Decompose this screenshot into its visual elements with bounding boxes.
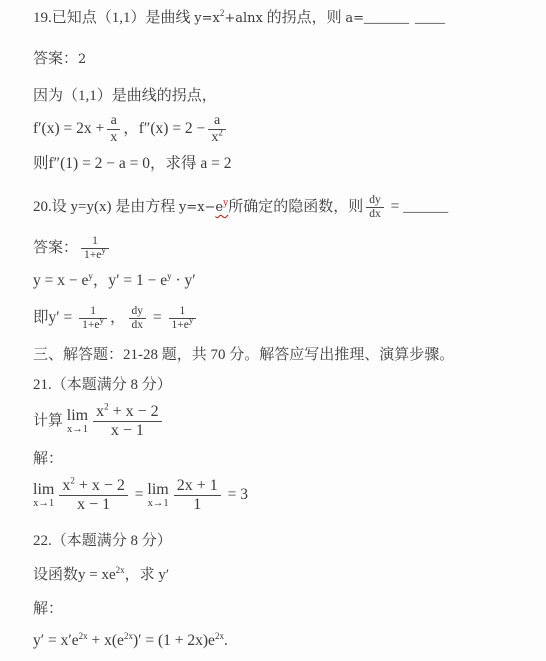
denominator-exponent: y (189, 315, 194, 325)
q20-statement-mid: 所确定的隐函数，则 (228, 199, 363, 215)
q22-problem-tail: ，求 y′ (125, 567, 170, 583)
q19-answer-blank-2: ____ (415, 10, 445, 26)
q20-equation2-line: 即y′ = 11+ey，dydx = 11+ey (33, 301, 532, 335)
fraction-linear: 2x + 11 (174, 477, 221, 515)
q20-answer-line: 答案：11+ey (33, 231, 532, 265)
section-header-text: 三、解答题：21-28 题，共 70 分。解答应写出推理、演算步骤。 (33, 347, 454, 363)
document-page: 19.已知点（1,1）是曲线 y=x2+alnx 的拐点，则 a=_______… (0, 0, 546, 651)
result-value: = 3 (224, 486, 248, 503)
spellcheck-underlined-term: ey (215, 200, 228, 215)
equation-text: 即y′ = (33, 309, 76, 326)
equals-sign: = (387, 198, 404, 215)
equation-text: + x(e (88, 632, 124, 649)
fraction-denominator: 1 (174, 496, 221, 514)
q19-fprime-text: f′(x) = 2x + (33, 120, 104, 137)
fraction-quadratic: x2 + x − 2x − 1 (59, 477, 128, 515)
denominator-exponent: y (99, 315, 104, 325)
period: . (224, 632, 228, 649)
fraction-one-over-one-plus-ey: 11+ey (79, 305, 107, 332)
comma-separator: ， (110, 309, 126, 326)
fraction-one-over-one-plus-ey: 11+ey (81, 235, 109, 262)
fraction-denominator: dx (366, 208, 384, 221)
q19-answer-value: 2 (78, 52, 86, 67)
q19-a-equals: a= (345, 11, 364, 26)
numerator-rest: + x − 2 (75, 477, 125, 494)
solve-label: 解： (33, 601, 63, 617)
limit-operator: limx→1 (33, 482, 54, 510)
q19-conclusion-text: 则f″(1) = 2 − a = 0，求得 a = 2 (33, 155, 232, 172)
q20-answer-blank: ______ (403, 199, 448, 215)
numerator-rest: + x − 2 (109, 403, 159, 420)
fraction-numerator: dy (129, 305, 147, 319)
fraction-a-over-x-squared: ax2 (208, 113, 226, 146)
q19-formula-rest: +alnx (224, 11, 263, 26)
denominator-base: 1+e (82, 319, 99, 331)
fraction-numerator: x2 + x − 2 (93, 403, 162, 422)
q19-conclusion-line: 则f″(1) = 2 − a = 0，求得 a = 2 (33, 154, 532, 174)
fraction-one-over-one-plus-ey: 11+ey (169, 305, 197, 332)
q19-derivative-line: f′(x) = 2x +ax，f″(x) = 2 −ax2 (33, 112, 532, 146)
q21-header-text: 21.（本题满分 8 分） (33, 377, 172, 393)
limit-text: lim (67, 408, 88, 424)
q19-statement-line: 19.已知点（1,1）是曲线 y=x2+alnx 的拐点，则 a=_______… (33, 8, 532, 29)
fraction-denominator: x − 1 (93, 422, 162, 440)
denominator-exponent: 2 (218, 127, 223, 137)
q21-header-line: 21.（本题满分 8 分） (33, 375, 532, 395)
exponent: 2x (116, 565, 125, 575)
q20-statement-pre: 20.设 y=y(x) 是由方程 (33, 199, 179, 215)
limit-subscript: x→1 (67, 425, 88, 436)
fraction-a-over-x: ax (107, 113, 120, 146)
numerator-base: x (96, 403, 104, 420)
equation-text: )′ = (1 + 2x)e (133, 632, 215, 649)
q20-statement-line: 20.设 y=y(x) 是由方程 y=x−ey所确定的隐函数，则dydx = _… (33, 192, 532, 223)
q22-header-text: 22.（本题满分 8 分） (33, 533, 172, 549)
fraction-denominator: 1+ey (79, 319, 107, 332)
q21-problem-line: 计算 limx→1x2 + x − 2x − 1 (33, 399, 532, 443)
denominator-base: 1+e (84, 249, 101, 261)
limit-text: lim (147, 482, 168, 498)
fraction-denominator: x (107, 130, 120, 146)
comma-separator: ， (123, 120, 139, 137)
limit-text: lim (33, 482, 54, 498)
fraction-numerator: 2x + 1 (174, 477, 221, 496)
denominator-base: 1+e (172, 319, 189, 331)
q21-solve-label-line: 解： (33, 449, 532, 469)
limit-operator: limx→1 (147, 482, 168, 510)
fraction-denominator: 1+ey (169, 319, 197, 332)
fraction-denominator: dx (129, 319, 147, 332)
fraction-dy-over-dx: dydx (366, 194, 384, 221)
fraction-numerator: dy (366, 194, 384, 208)
exponent: 2x (79, 631, 88, 641)
q19-because-line: 因为（1,1）是曲线的拐点， (33, 86, 532, 106)
exponent: 2x (215, 631, 224, 641)
q22-header-line: 22.（本题满分 8 分） (33, 531, 532, 551)
q20-equation1-line: y = x − ey，y′ = 1 − ey · y′ (33, 271, 532, 291)
q19-fsecond-text: f″(x) = 2 − (139, 120, 206, 137)
q19-answer-line: 答案：2 (33, 49, 532, 70)
q22-problem-text: 设函数y = xe (33, 567, 116, 583)
limit-subscript: x→1 (33, 499, 54, 510)
fraction-quadratic: x2 + x − 2x − 1 (93, 403, 162, 441)
q20-equation-start: y=x− (179, 200, 215, 215)
q21-solution-line: limx→1x2 + x − 2x − 1 = limx→12x + 11 = … (33, 473, 532, 517)
q19-formula-base: y=x (194, 11, 220, 26)
q22-solve-label-line: 解： (33, 599, 532, 619)
fraction-dy-over-dx: dydx (129, 305, 147, 332)
fraction-denominator: x − 1 (59, 496, 128, 514)
limit-subscript: x→1 (147, 499, 168, 510)
q22-problem-line: 设函数y = xe2x，求 y′ (33, 565, 532, 585)
section-header: 三、解答题：21-28 题，共 70 分。解答应写出推理、演算步骤。 (33, 345, 532, 365)
e-base: e (215, 200, 223, 215)
equation-text: y = x − e (33, 272, 88, 289)
q20-answer-label: 答案： (33, 240, 78, 256)
limit-operator: limx→1 (67, 408, 88, 436)
equation-text: y′ = x′e (33, 632, 79, 649)
q22-solution-line: y′ = x′e2x + x(e2x)′ = (1 + 2x)e2x. (33, 631, 532, 651)
q21-problem-pre: 计算 (33, 413, 67, 429)
denominator-exponent: y (101, 245, 106, 255)
fraction-denominator: 1+ey (81, 249, 109, 262)
q19-answer-blank-1: ______ (364, 10, 409, 26)
q19-because-text: 因为（1,1）是曲线的拐点， (33, 88, 217, 104)
fraction-numerator: a (107, 113, 120, 130)
equals-sign: = (131, 486, 148, 503)
exponent: 2x (124, 631, 133, 641)
equals-sign: = (149, 309, 166, 326)
solve-label: 解： (33, 451, 63, 467)
fraction-numerator: x2 + x − 2 (59, 477, 128, 496)
q19-statement-pre: 19.已知点（1,1）是曲线 (33, 10, 194, 26)
fraction-denominator: x2 (208, 130, 226, 146)
equation-text: · y′ (172, 272, 196, 289)
equation-text: ，y′ = 1 − e (93, 272, 167, 289)
q19-answer-label: 答案： (33, 51, 78, 67)
q19-statement-mid: 的拐点，则 (263, 10, 346, 26)
